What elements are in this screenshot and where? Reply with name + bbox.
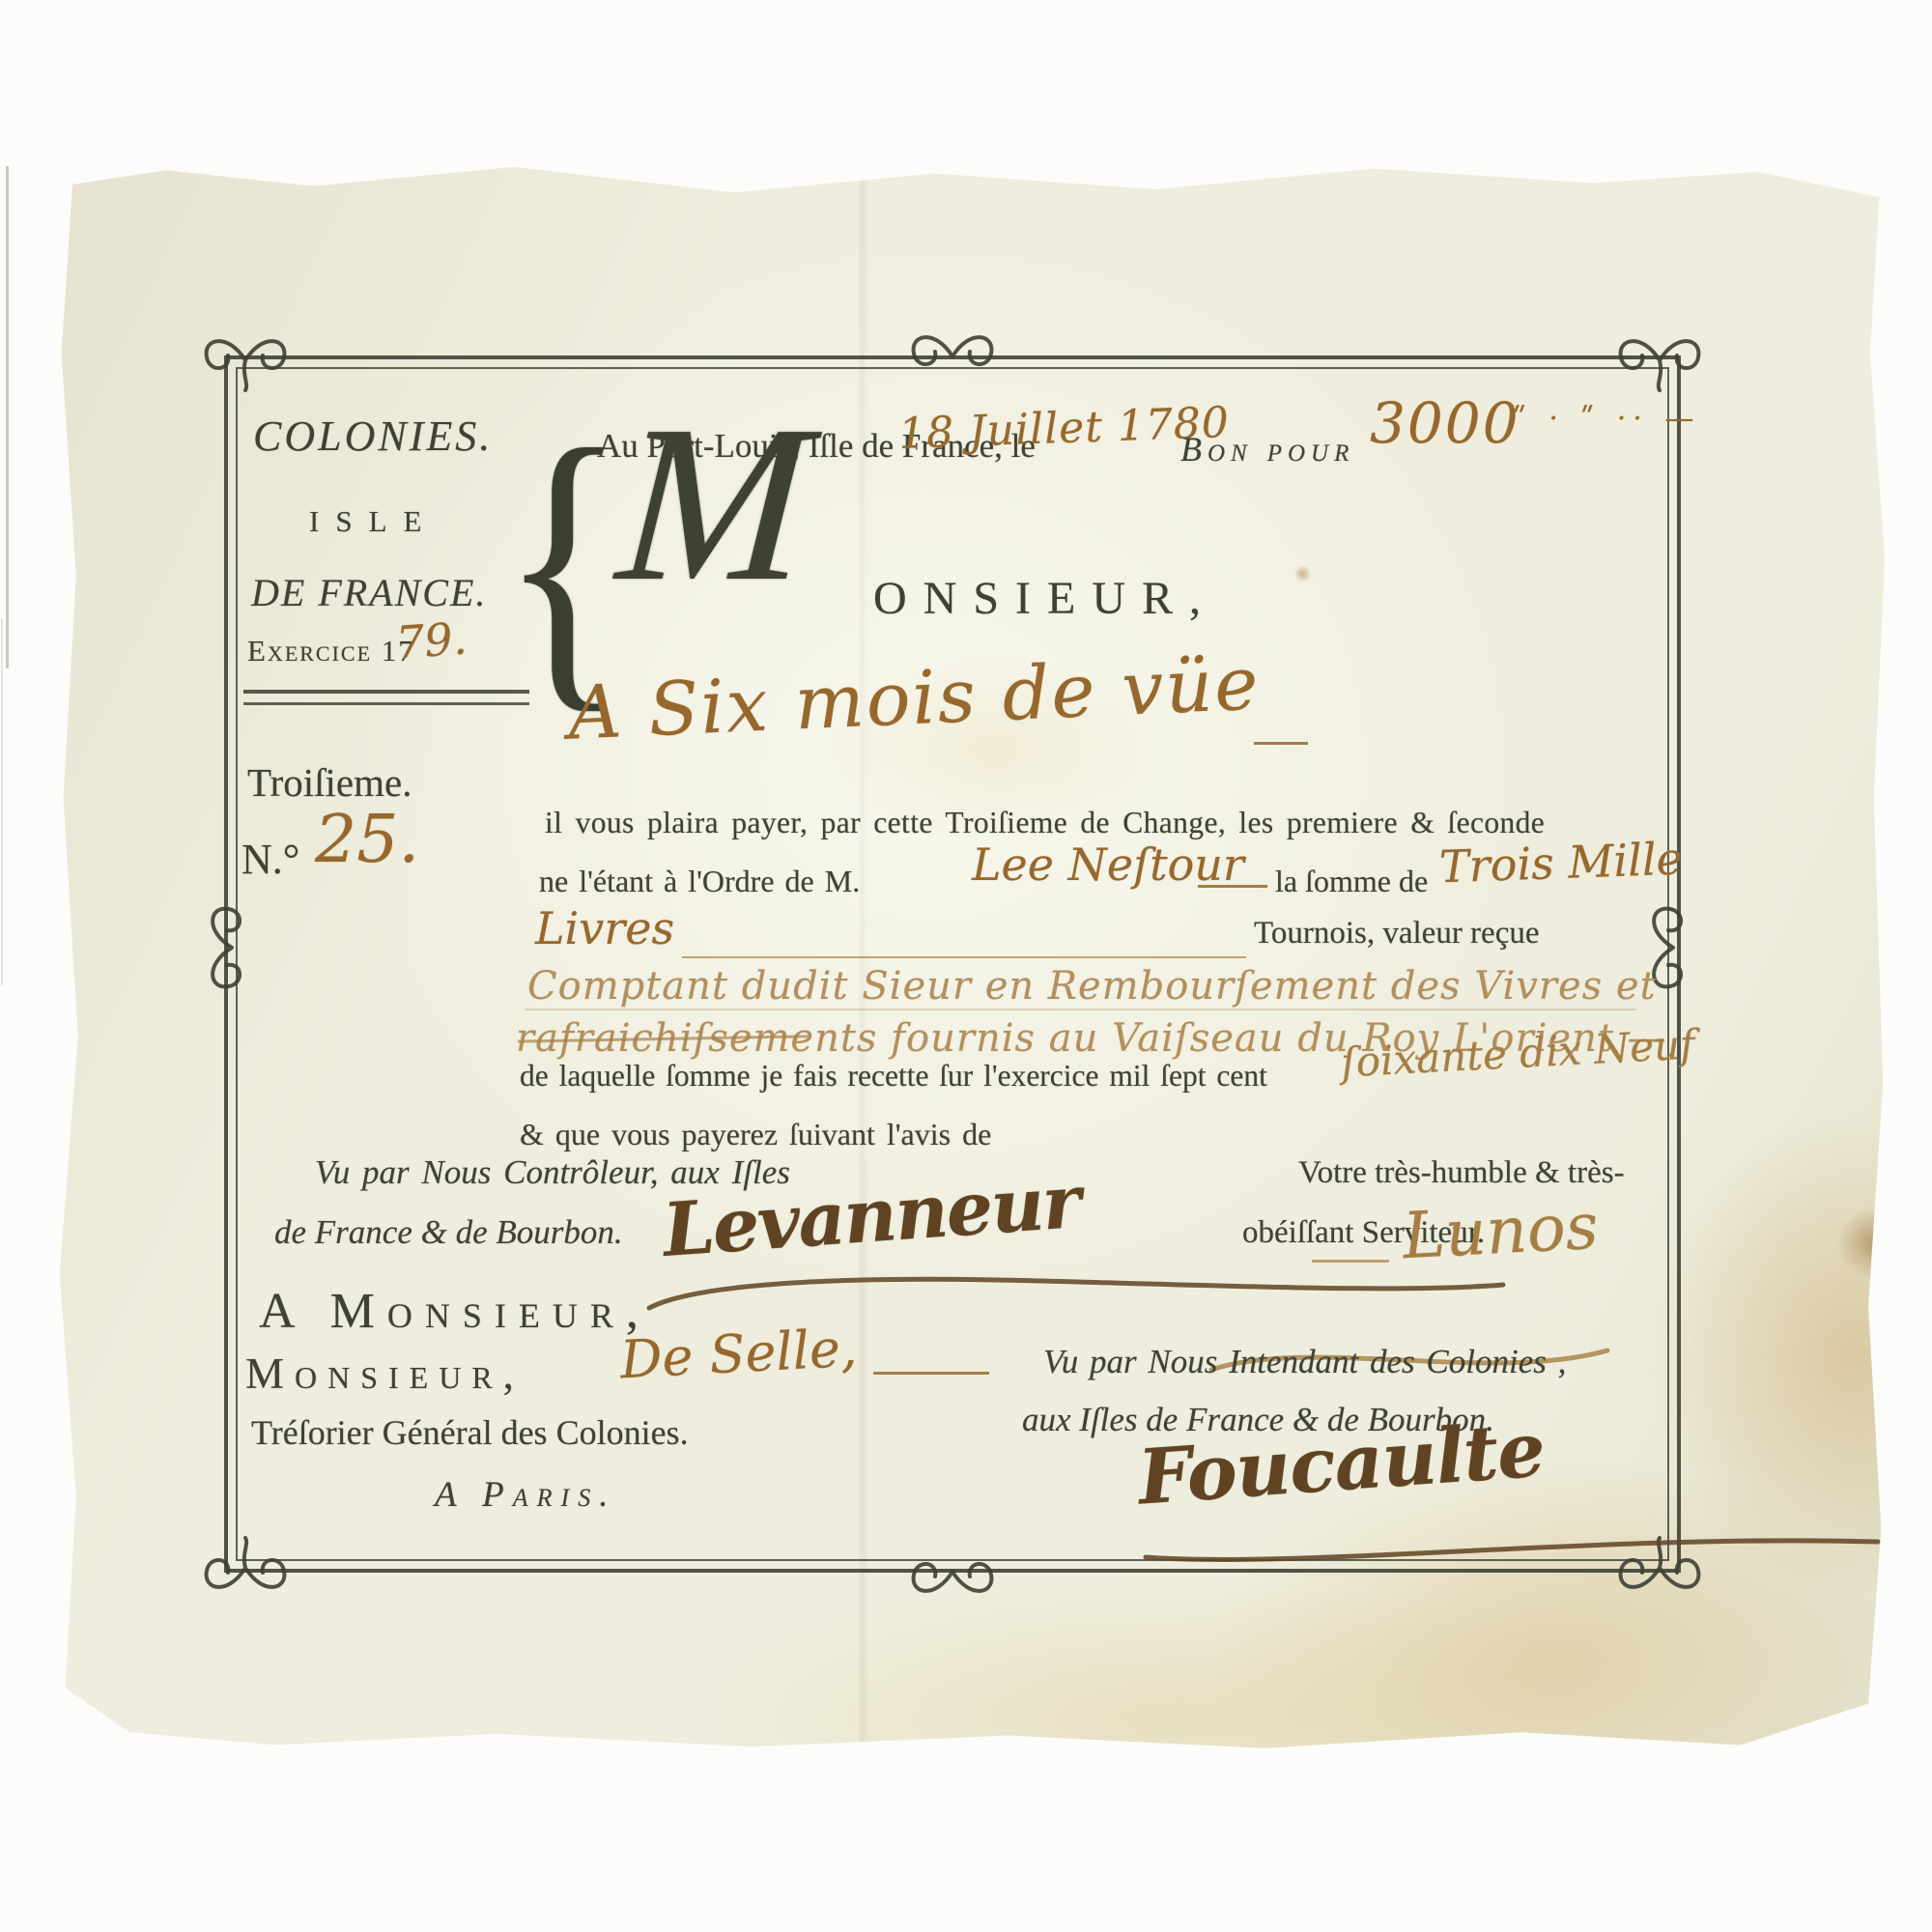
numero-label: N.° <box>241 835 299 884</box>
body-line-1: il vous plaira payer, par cette Troiſiem… <box>545 806 1545 840</box>
intendant-line-1: Vu par Nous Intendant des Colonies , <box>1043 1343 1566 1381</box>
address-monsieur: Monsieur, <box>245 1349 525 1399</box>
servant-line-1: Votre très-humble & très- <box>1298 1155 1625 1191</box>
amount-marks-handwritten: ʺ · ʺ ·· — <box>1513 402 1700 436</box>
colonies-label: COLONIES. <box>253 412 493 461</box>
frame-scroll-ornament-icon <box>906 1540 999 1604</box>
frame-scroll-ornament-icon <box>200 901 264 994</box>
isle-label: ISLE <box>309 504 438 539</box>
body-line-2: ne l'étant à l'Ordre de M. <box>539 864 860 899</box>
frame-scroll-ornament-icon <box>1613 328 1706 392</box>
faint-baseline <box>526 1009 1636 1010</box>
address-tresorier: Tréſorier Général des Colonies. <box>251 1412 689 1453</box>
controller-line-2: de France & de Bourbon. <box>274 1213 623 1252</box>
ink-dash <box>873 1372 989 1375</box>
ink-dash <box>1254 742 1308 745</box>
de-france-label: DE FRANCE. <box>251 570 487 615</box>
scan-edge-artifact <box>1 618 3 985</box>
scan-background: COLONIES. ISLE DE FRANCE. Exercice 17 79… <box>0 0 1932 1932</box>
troisieme-label: Troiſieme. <box>247 759 412 806</box>
address-a-paris: A Paris. <box>435 1474 616 1516</box>
body-line-5: & que vous payerez ſuivant l'avis de <box>520 1117 991 1152</box>
bon-pour-label: Bon pour <box>1180 429 1354 469</box>
monsieur-initial: M <box>612 392 814 616</box>
frame-scroll-ornament-icon <box>199 1536 292 1600</box>
ink-dash <box>1198 885 1267 888</box>
frame-scroll-ornament-icon <box>199 328 292 392</box>
signature-flourish <box>636 1267 1515 1325</box>
frame-scroll-ornament-icon <box>906 325 999 388</box>
exercice-label: Exercice 17 <box>247 634 415 668</box>
amount-words-livres-handwritten: Livres <box>535 902 674 954</box>
scan-edge-artifact <box>6 166 9 668</box>
signature-flourish <box>1134 1528 1888 1573</box>
drawer-signature: Lunos <box>1401 1189 1600 1273</box>
exercice-year-handwritten: 79. <box>394 612 469 669</box>
amount-figures-handwritten: 3000 <box>1370 390 1520 456</box>
document-paper: COLONIES. ISLE DE FRANCE. Exercice 17 79… <box>56 162 1887 1751</box>
addressee-handwritten: De Selle, <box>619 1318 859 1391</box>
body-line-2-somme: la ſomme de <box>1275 864 1428 899</box>
ink-fill-line <box>682 956 1246 958</box>
payee-handwritten: Lee Neſtour <box>972 838 1244 891</box>
ink-dash <box>1312 1260 1389 1263</box>
reason-line-1-handwritten: Comptant dudit Sieur en Rembourſement de… <box>527 964 1657 1009</box>
monsieur-label: onsieur, <box>873 572 1217 625</box>
address-a-monsieur: A Monsieur, <box>259 1283 651 1340</box>
body-line-4: de laquelle ſomme je fais recette ſur l'… <box>520 1059 1267 1094</box>
numero-value-handwritten: 25. <box>315 802 419 878</box>
body-line-3: Tournois, valeur reçue <box>1254 916 1540 952</box>
double-rule <box>243 690 529 705</box>
amount-words-handwritten: Trois Mille <box>1438 833 1683 894</box>
